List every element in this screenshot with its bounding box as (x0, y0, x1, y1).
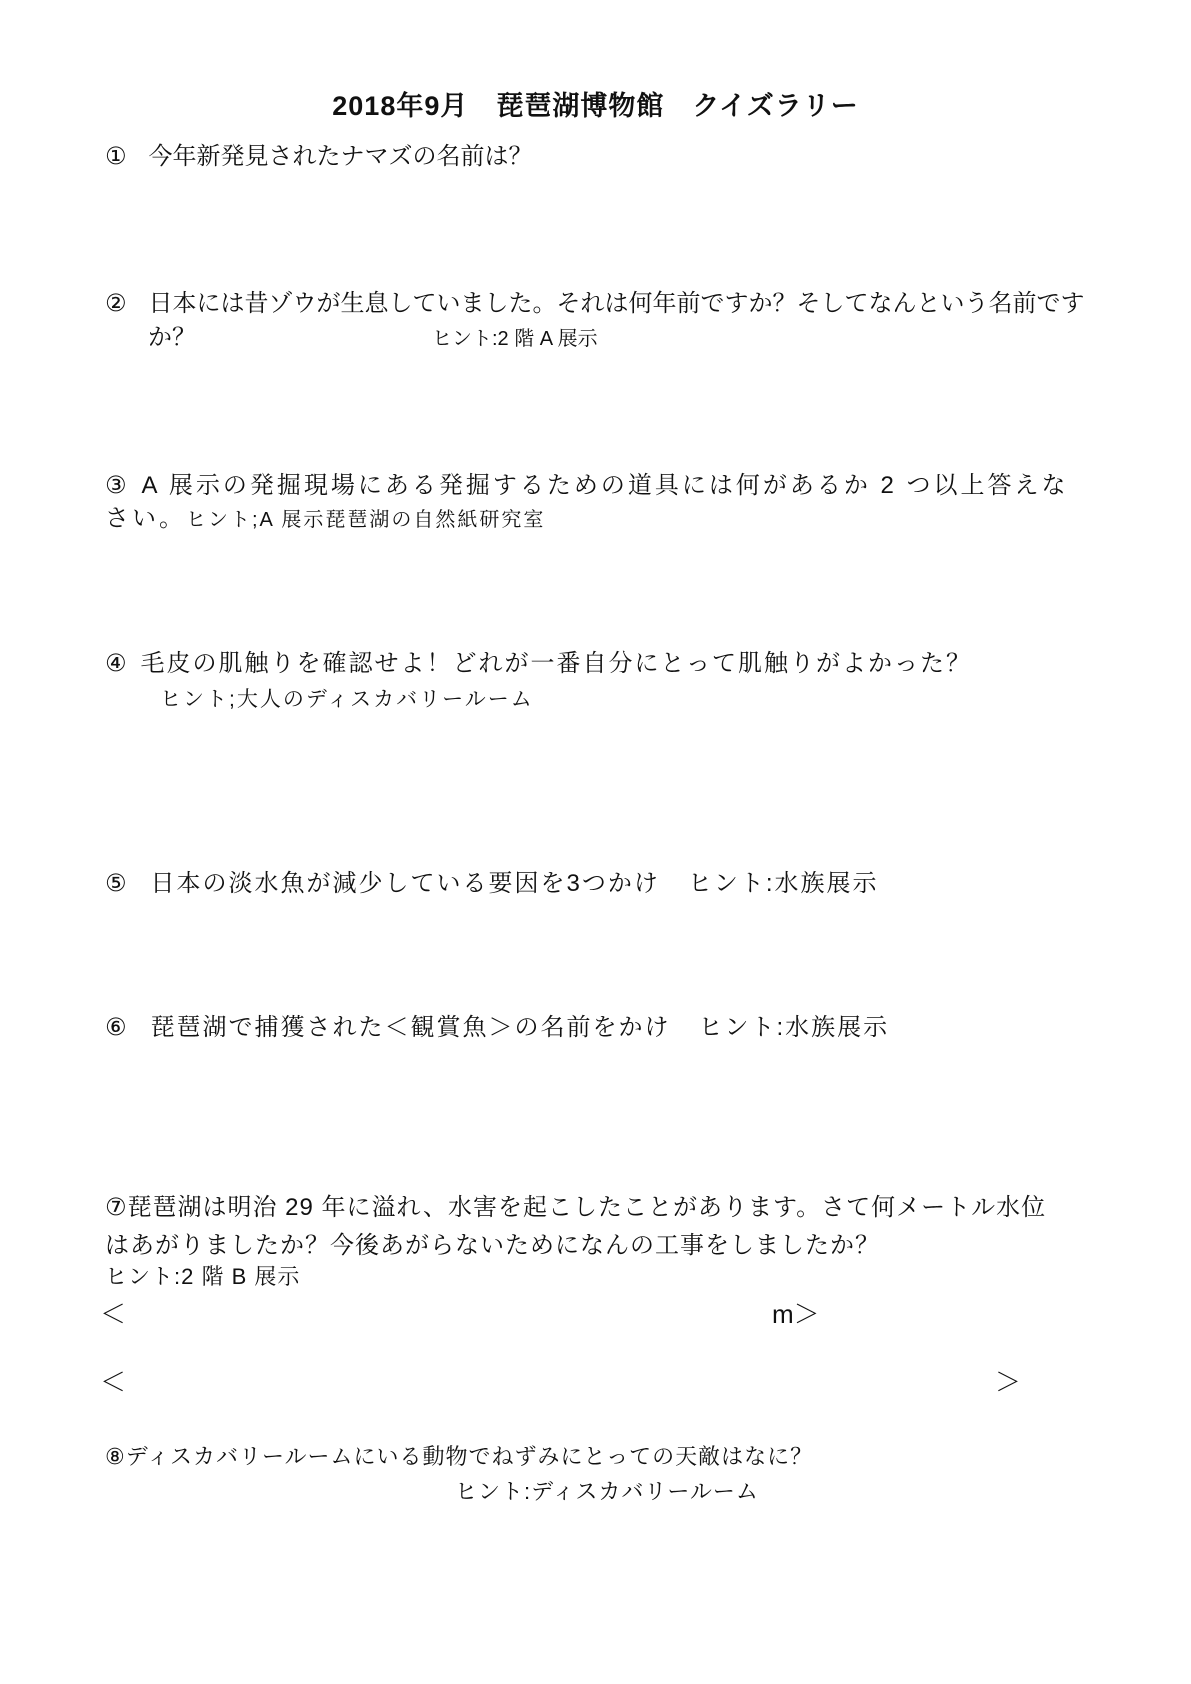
question-8-hint: ヒント:ディスカバリールーム (455, 1478, 759, 1507)
page-title: 2018年9月 琵琶湖博物館 クイズラリー (0, 84, 1191, 123)
question-3: ③A 展示の発掘現場にある発掘するための道具には何があるか 2 つ以上答えな (105, 470, 1069, 501)
question-8: ⑧ディスカバリールームにいる動物でねずみにとっての天敵はなに？ (105, 1443, 813, 1472)
question-4: ④毛皮の肌触りを確認せよ！どれが一番自分にとって肌触りがよかった？ (105, 648, 972, 679)
question-5-number: ⑤ (105, 868, 129, 899)
question-3-text-line2: さい。 (105, 505, 186, 532)
question-2-number: ② (105, 288, 127, 319)
question-6: ⑥琵琶湖で捕獲された＜観賞魚＞の名前をかけヒント:水族展示 (105, 1012, 889, 1043)
question-5-text: 日本の淡水魚が減少している要因を3つかけ (151, 870, 660, 897)
answer-2-close-bracket: ＞ (995, 1366, 1021, 1400)
question-2: ②日本には昔ゾウが生息していました。それは何年前ですか？そしてなんという名前です (105, 288, 1085, 319)
question-7: ⑦琵琶湖は明治 29 年に溢れ、水害を起こしたことがあります。さて何メートル水位 (105, 1192, 1046, 1223)
answer-slot-water-level: ＜ m＞ (0, 1298, 1191, 1334)
answer-1-unit-close-bracket: m＞ (772, 1298, 820, 1332)
quiz-rally-sheet: 2018年9月 琵琶湖博物館 クイズラリー ①今年新発見されたナマズの名前は？ … (0, 0, 1191, 1684)
question-1-number: ① (105, 141, 127, 172)
question-2-text-line2: か？ (148, 324, 196, 351)
question-6-text: 琵琶湖で捕獲された＜観賞魚＞の名前をかけ (151, 1014, 671, 1041)
answer-1-open-bracket: ＜ (100, 1298, 126, 1332)
question-5: ⑤日本の淡水魚が減少している要因を3つかけヒント:水族展示 (105, 868, 879, 899)
question-1: ①今年新発見されたナマズの名前は？ (105, 141, 533, 172)
question-5-hint: ヒント:水族展示 (688, 870, 879, 897)
question-2-continued: か？ヒント:2 階 A 展示 (148, 322, 598, 353)
question-7-hint: ヒント:2 階 B 展示 (105, 1263, 300, 1292)
question-2-hint: ヒント:2 階 A 展示 (432, 328, 598, 350)
question-2-text-line1: 日本には昔ゾウが生息していました。それは何年前ですか？そしてなんという名前です (149, 290, 1085, 317)
question-8-number: ⑧ (105, 1443, 126, 1472)
question-3-number: ③ (105, 470, 130, 501)
question-1-text: 今年新発見されたナマズの名前は？ (149, 143, 533, 170)
answer-slot-construction: ＜ ＞ (0, 1366, 1191, 1402)
question-6-hint: ヒント:水族展示 (699, 1014, 890, 1041)
question-4-number: ④ (105, 648, 129, 679)
question-3-hint: ヒント;A 展示琵琶湖の自然紙研究室 (186, 509, 545, 531)
question-7-text-line2: はあがりましたか？今後あがらないためになんの工事をしましたか？ (105, 1230, 880, 1261)
question-7-number: ⑦ (105, 1192, 128, 1223)
question-4-text: 毛皮の肌触りを確認せよ！どれが一番自分にとって肌触りがよかった？ (141, 650, 973, 677)
question-7-text-line1: 琵琶湖は明治 29 年に溢れ、水害を起こしたことがあります。さて何メートル水位 (128, 1194, 1047, 1221)
question-6-number: ⑥ (105, 1012, 129, 1043)
question-3-continued: さい。ヒント;A 展示琵琶湖の自然紙研究室 (105, 503, 545, 534)
question-8-text: ディスカバリールームにいる動物でねずみにとっての天敵はなに？ (126, 1444, 813, 1469)
answer-2-open-bracket: ＜ (100, 1366, 126, 1400)
question-3-text-line1: A 展示の発掘現場にある発掘するための道具には何があるか 2 つ以上答えな (142, 472, 1069, 499)
question-4-hint: ヒント;大人のディスカバリールーム (160, 686, 534, 713)
